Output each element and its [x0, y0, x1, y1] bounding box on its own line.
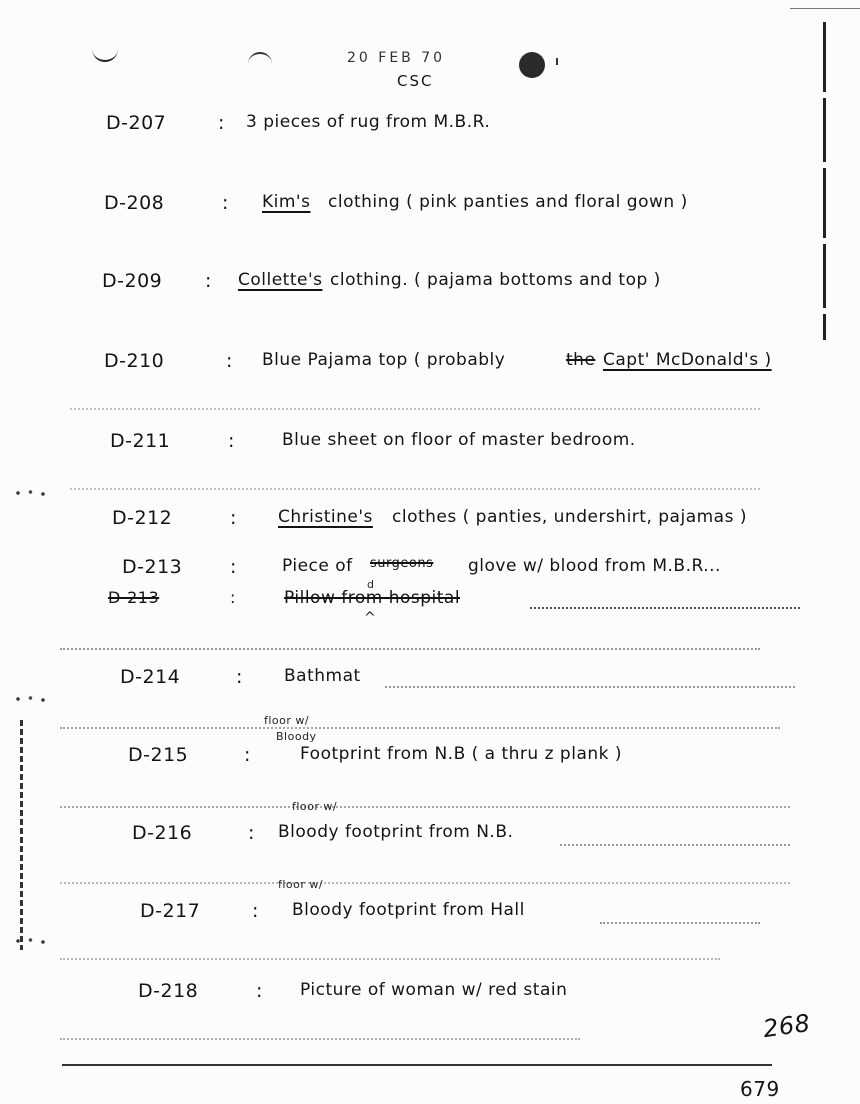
annotation: floor w/: [292, 800, 337, 813]
ruled-line: [70, 408, 760, 410]
evidence-name-underlined: Kim's: [262, 192, 310, 212]
evidence-id: D-213: [108, 588, 159, 607]
evidence-id: D-217: [140, 900, 200, 922]
annotation: Bloody: [276, 730, 317, 743]
ruled-line: [60, 727, 780, 729]
separator: :: [236, 666, 243, 688]
evidence-entry: D-209 : Collette's clothing. ( pajama bo…: [0, 270, 860, 310]
ruled-line: [60, 1038, 580, 1040]
evidence-description: Bloody footprint from N.B.: [278, 822, 513, 842]
evidence-id: D-208: [104, 192, 164, 214]
separator: :: [248, 822, 255, 844]
insert-letter: d: [367, 578, 374, 591]
annotation: floor w/: [278, 878, 323, 891]
ruled-line: [70, 488, 760, 490]
ruled-line: [560, 844, 790, 846]
punch-hole: [519, 52, 545, 78]
evidence-description: clothing. ( pajama bottoms and top ): [330, 270, 661, 290]
ruled-line: [385, 686, 795, 688]
evidence-name-underlined: Collette's: [238, 270, 323, 290]
insert-caret: ^: [364, 610, 376, 626]
evidence-entry: D-218 : Picture of woman w/ red stain: [0, 980, 860, 1020]
separator: :: [226, 350, 233, 372]
evidence-description: clothes ( panties, undershirt, pajamas ): [392, 507, 747, 527]
evidence-description-start: Piece of: [282, 556, 353, 576]
evidence-name-underlined: Christine's: [278, 507, 373, 527]
document-initials: CSC: [397, 72, 433, 90]
evidence-description: Blue sheet on floor of master bedroom.: [282, 430, 636, 450]
margin-mark: [92, 46, 118, 62]
evidence-id: D-216: [132, 822, 192, 844]
evidence-entry: D-207 : 3 pieces of rug from M.B.R.: [0, 112, 860, 152]
evidence-description: clothing ( pink panties and floral gown …: [328, 192, 688, 212]
ruled-line: [60, 958, 720, 960]
scan-edge: [790, 8, 860, 9]
evidence-description: Pillow from hospital: [284, 588, 460, 608]
evidence-description: Blue Pajama top ( probably: [262, 350, 505, 370]
evidence-owner-underlined: Capt' McDonald's ): [603, 350, 772, 370]
margin-mark: [248, 52, 272, 68]
evidence-description: glove w/ blood from M.B.R...: [468, 556, 721, 576]
ruled-line: [530, 607, 800, 609]
evidence-entry: D-212 : Christine's clothes ( panties, u…: [0, 507, 860, 547]
evidence-description: Footprint from N.B ( a thru z plank ): [300, 744, 622, 764]
evidence-id: D-209: [102, 270, 162, 292]
separator: :: [222, 192, 229, 214]
evidence-description: Bloody footprint from Hall: [292, 900, 525, 920]
evidence-description: 3 pieces of rug from M.B.R.: [246, 112, 490, 132]
evidence-id: D-214: [120, 666, 180, 688]
struck-word: the: [566, 350, 595, 370]
ruled-line: [600, 922, 760, 924]
struck-word: surgeons: [370, 556, 433, 571]
separator: :: [205, 270, 212, 292]
separator: :: [230, 556, 237, 578]
document-page: 20 FEB 70 CSC D-207 : 3 pieces of rug fr…: [0, 0, 860, 1104]
evidence-entry: floor w/ Bloody D-215 : Footprint from N…: [0, 744, 860, 784]
evidence-id: D-210: [104, 350, 164, 372]
separator: :: [230, 588, 236, 607]
document-date: 20 FEB 70: [347, 50, 445, 66]
page-number: 679: [740, 1077, 780, 1101]
separator: :: [256, 980, 263, 1002]
ruled-line: [60, 806, 790, 808]
evidence-entry: D-210 : Blue Pajama top ( probably the C…: [0, 350, 860, 390]
evidence-id: D-218: [138, 980, 198, 1002]
evidence-id: D-213: [122, 556, 182, 578]
evidence-id: D-207: [106, 112, 166, 134]
evidence-entry: floor w/ D-217 : Bloody footprint from H…: [0, 900, 860, 940]
scan-artifact: [8, 488, 58, 498]
separator: :: [230, 507, 237, 529]
ruled-line: [60, 648, 760, 650]
evidence-id: D-212: [112, 507, 172, 529]
handwritten-mark: 268: [761, 1009, 812, 1043]
separator: :: [218, 112, 225, 134]
separator: :: [244, 744, 251, 766]
evidence-entry: D-211 : Blue sheet on floor of master be…: [0, 430, 860, 470]
evidence-id: D-215: [128, 744, 188, 766]
evidence-entry: D-208 : Kim's clothing ( pink panties an…: [0, 192, 860, 232]
evidence-entry: floor w/ D-216 : Bloody footprint from N…: [0, 822, 860, 862]
annotation: floor w/: [264, 714, 309, 727]
ruled-line: [60, 882, 790, 884]
evidence-description: Bathmat: [284, 666, 361, 686]
margin-mark: [556, 58, 558, 65]
evidence-description: Picture of woman w/ red stain: [300, 980, 567, 1000]
separator: :: [228, 430, 235, 452]
evidence-id: D-211: [110, 430, 170, 452]
ruled-line: [62, 1064, 772, 1066]
separator: :: [252, 900, 259, 922]
